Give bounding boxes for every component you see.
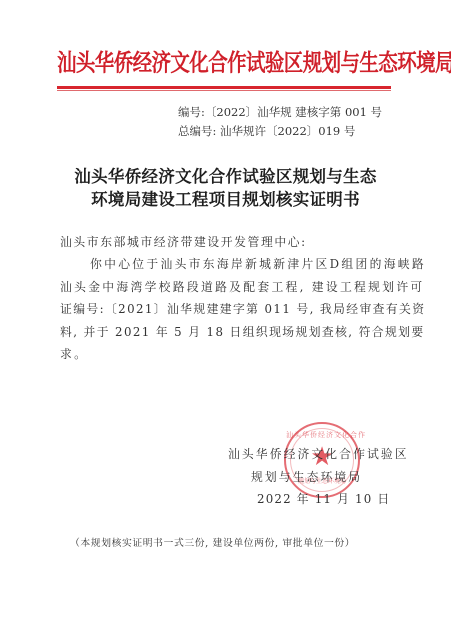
signing-date: 2022 年 11 月 10 日	[257, 490, 390, 507]
addressee: 汕头市东部城市经济带建设开发管理中心:	[60, 233, 307, 250]
signing-organization-line2: 规划与生态环境局	[251, 468, 362, 485]
body-line: 你中心位于汕头市东海岸新城新津片区D组团的海峡路	[90, 255, 426, 272]
body-line: 求。	[60, 345, 88, 362]
copies-note: （本规划核实证明书一式三份, 建设单位两份, 审批单位一份）	[70, 535, 355, 549]
header-divider-thin	[57, 90, 391, 91]
seal-arc-text: 汕头华侨经济文化合作	[286, 430, 358, 440]
document-title-line2: 环境局建设工程项目规划核实证明书	[0, 186, 451, 210]
body-line: 汕头金中海湾学校路段道路及配套工程, 建设工程规划许可	[60, 278, 425, 295]
signing-organization-line1: 汕头华侨经济文化合作试验区	[228, 445, 409, 462]
body-line: 料, 并于 2021 年 5 月 18 日组织现场规划查核, 符合规划要	[60, 323, 425, 340]
document-title-line1: 汕头华侨经济文化合作试验区规划与生态	[0, 163, 451, 187]
issuing-authority-header: 汕头华侨经济文化合作试验区规划与生态环境局	[57, 44, 393, 78]
body-line: 证编号:〔2021〕汕华规建建字第 011 号, 我局经审查有关资	[60, 300, 425, 317]
total-document-number: 总编号: 汕华规许〔2022〕019 号	[178, 123, 355, 139]
header-divider	[57, 86, 391, 89]
document-number: 编号:〔2022〕汕华规 建核字第 001 号	[178, 104, 382, 120]
